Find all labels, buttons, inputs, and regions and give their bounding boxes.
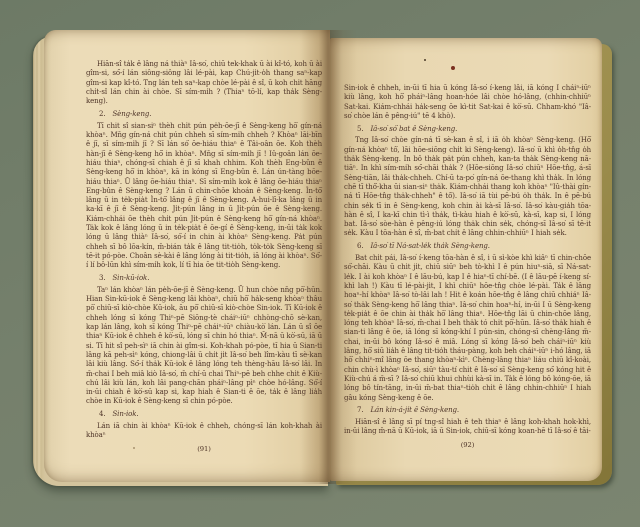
ink-speck: [133, 447, 135, 449]
section-heading: 6.Iâ-so͘ tī Ná-sat-le̍k tha̍k Sèng-keng.: [344, 242, 591, 251]
paragraph: Sin-iok ê chheh, in-ūi tī hia ū kóng Iâ-…: [344, 84, 591, 121]
paragraph: Lán iā chin ài khòaⁿ Kū-iok ê chheh, chó…: [86, 422, 322, 441]
ink-speck: [424, 59, 426, 61]
right-page-text: Sin-iok ê chheh, in-ūi tī hia ū kóng Iâ-…: [344, 84, 591, 450]
ink-speck: [451, 66, 455, 70]
paragraph: Bat chi̍t pái, Iâ-so͘ í-keng tōa-hàn ê s…: [344, 254, 591, 403]
section-heading: 3.Sin-kū-iok.: [86, 274, 322, 283]
paragraph: Tī chit sî sian-siⁿ thèh chi̍t pún pe̍h-…: [86, 122, 322, 271]
left-page-text: Hiān-sî ta̍k ê lâng ná thiàⁿ Iâ-so͘, chi…: [86, 60, 322, 454]
section-heading: 2.Sèng-keng.: [86, 110, 322, 119]
section-heading: 4.Sin-iok.: [86, 410, 322, 419]
page-number: (91): [86, 445, 322, 454]
section-heading: 7.Lán kin-á-ji̍t ê Sèng-keng.: [344, 406, 591, 415]
paragraph: Hiān-sî ta̍k ê lâng ná thiàⁿ Iâ-so͘, chi…: [86, 60, 322, 106]
open-book-photo: Hiān-sî ta̍k ê lâng ná thiàⁿ Iâ-so͘, chi…: [0, 0, 640, 527]
page-number: (92): [344, 441, 591, 450]
paragraph: Hiān-sî ê lâng sī pí tng-sî hiah ê teh t…: [344, 418, 591, 437]
paragraph: Tng Iâ-so͘ chòe gín-ná tī sè-kan ê sî, i…: [344, 136, 591, 238]
paragraph: Taⁿ lán khòaⁿ lán pe̍h-ōe-jī ê Sèng-keng…: [86, 286, 322, 407]
section-heading: 5.Iâ-so͘ só͘ bat ê Sèng-keng.: [344, 125, 591, 134]
